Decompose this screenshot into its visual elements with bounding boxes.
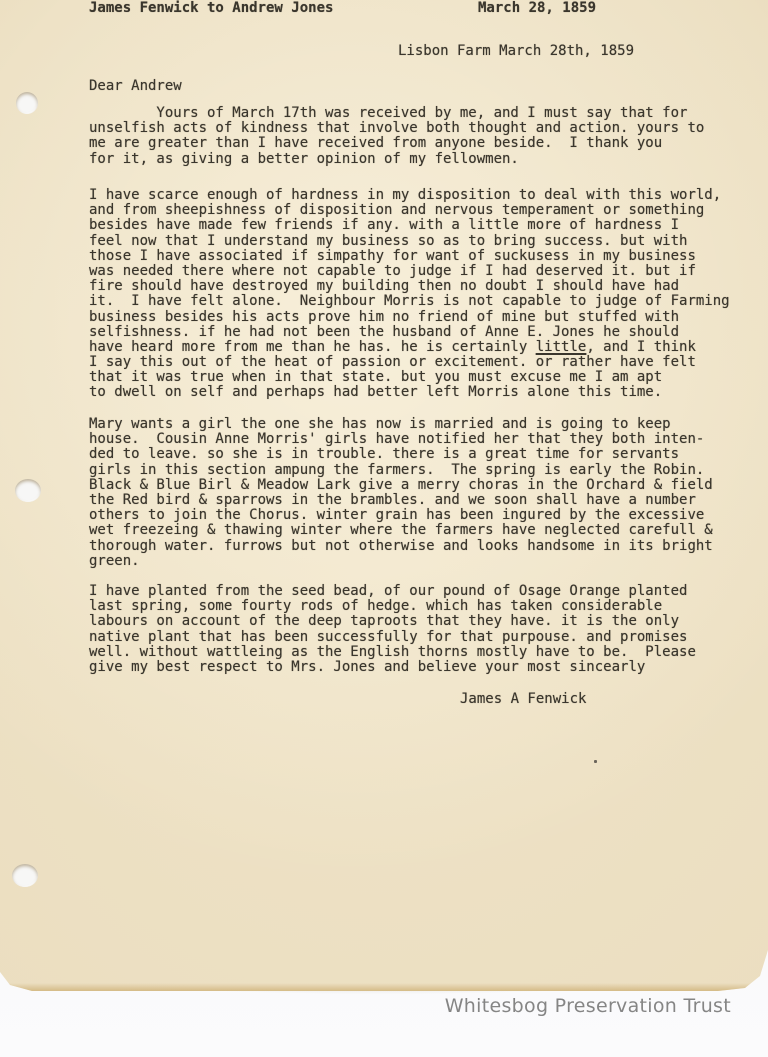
punch-hole <box>16 92 38 114</box>
paragraph-1: Yours of March 17th was received by me, … <box>89 106 704 167</box>
underline-suffix: , and I think <box>586 339 696 355</box>
letter-line: thorough water. furrows but not otherwis… <box>89 539 713 554</box>
letter-line: house. Cousin Anne Morris' girls have no… <box>89 432 713 447</box>
paper-bottom-edge <box>0 983 768 992</box>
letter-line: girls in this section ampung the farmers… <box>89 463 713 478</box>
signature: James A Fenwick <box>460 692 586 707</box>
letter-line: those I have associated if simpathy for … <box>89 249 730 264</box>
letter-dateline: Lisbon Farm March 28th, 1859 <box>398 44 634 59</box>
punch-hole <box>12 864 38 887</box>
paragraph-4: I have planted from the seed bead, of ou… <box>89 584 696 675</box>
letter-line: to dwell on self and perhaps had better … <box>89 385 730 400</box>
letter-line: give my best respect to Mrs. Jones and b… <box>89 660 696 675</box>
letter-line: it. I have felt alone. Neighbour Morris … <box>89 294 730 309</box>
letter-line: me are greater than I have received from… <box>89 136 704 151</box>
paragraph-2: I have scarce enough of hardness in my d… <box>89 188 730 401</box>
underlined-word: little <box>536 339 587 355</box>
letter-line: the Red bird & sparrows in the brambles.… <box>89 493 713 508</box>
letter-line: others to join the Chorus. winter grain … <box>89 508 713 523</box>
letter-line: I have planted from the seed bead, of ou… <box>89 584 696 599</box>
letter-line: that it was true when in that state. but… <box>89 370 730 385</box>
letter-line: was needed there where not capable to ju… <box>89 264 730 279</box>
letter-line: I say this out of the heat of passion or… <box>89 355 730 370</box>
letter-line: for it, as giving a better opinion of my… <box>89 152 704 167</box>
letter-line: labours on account of the deep taproots … <box>89 614 696 629</box>
paper: James Fenwick to Andrew Jones March 28, … <box>0 0 768 992</box>
salutation: Dear Andrew <box>89 79 182 94</box>
letter-line: green. <box>89 554 713 569</box>
letter-line: native plant that has been successfully … <box>89 630 696 645</box>
watermark-text: Whitesbog Preservation Trust <box>445 995 731 1017</box>
archive-caption: James Fenwick to Andrew Jones <box>89 1 333 16</box>
letter-line: Mary wants a girl the one she has now is… <box>89 417 713 432</box>
letter-line: Black & Blue Birl & Meadow Lark give a m… <box>89 478 713 493</box>
letter-line: business besides his acts prove him no f… <box>89 310 730 325</box>
letter-line: besides have made few friends if any. wi… <box>89 218 730 233</box>
scanned-letter-page: James Fenwick to Andrew Jones March 28, … <box>0 0 768 1057</box>
letter-line: selfishness. if he had not been the husb… <box>89 325 730 340</box>
letter-line: unselfish acts of kindness that involve … <box>89 121 704 136</box>
letter-line: feel now that I understand my business s… <box>89 234 730 249</box>
letter-line: I have scarce enough of hardness in my d… <box>89 188 730 203</box>
letter-line: well. without wattleing as the English t… <box>89 645 696 660</box>
letter-line: Yours of March 17th was received by me, … <box>89 106 704 121</box>
punch-hole <box>15 479 41 502</box>
letter-line: last spring, some fourty rods of hedge. … <box>89 599 696 614</box>
ink-speck <box>594 760 597 763</box>
letter-line: fire should have destroyed my building t… <box>89 279 730 294</box>
underline-prefix: have heard more from me than he has. he … <box>89 339 536 355</box>
letter-line-with-underline: have heard more from me than he has. he … <box>89 340 730 355</box>
paragraph-3: Mary wants a girl the one she has now is… <box>89 417 713 569</box>
letter-line: ded to leave. so she is in trouble. ther… <box>89 447 713 462</box>
letter-line: wet freezeing & thawing winter where the… <box>89 523 713 538</box>
archive-caption-date: March 28, 1859 <box>478 1 596 16</box>
letter-line: and from sheepishness of disposition and… <box>89 203 730 218</box>
